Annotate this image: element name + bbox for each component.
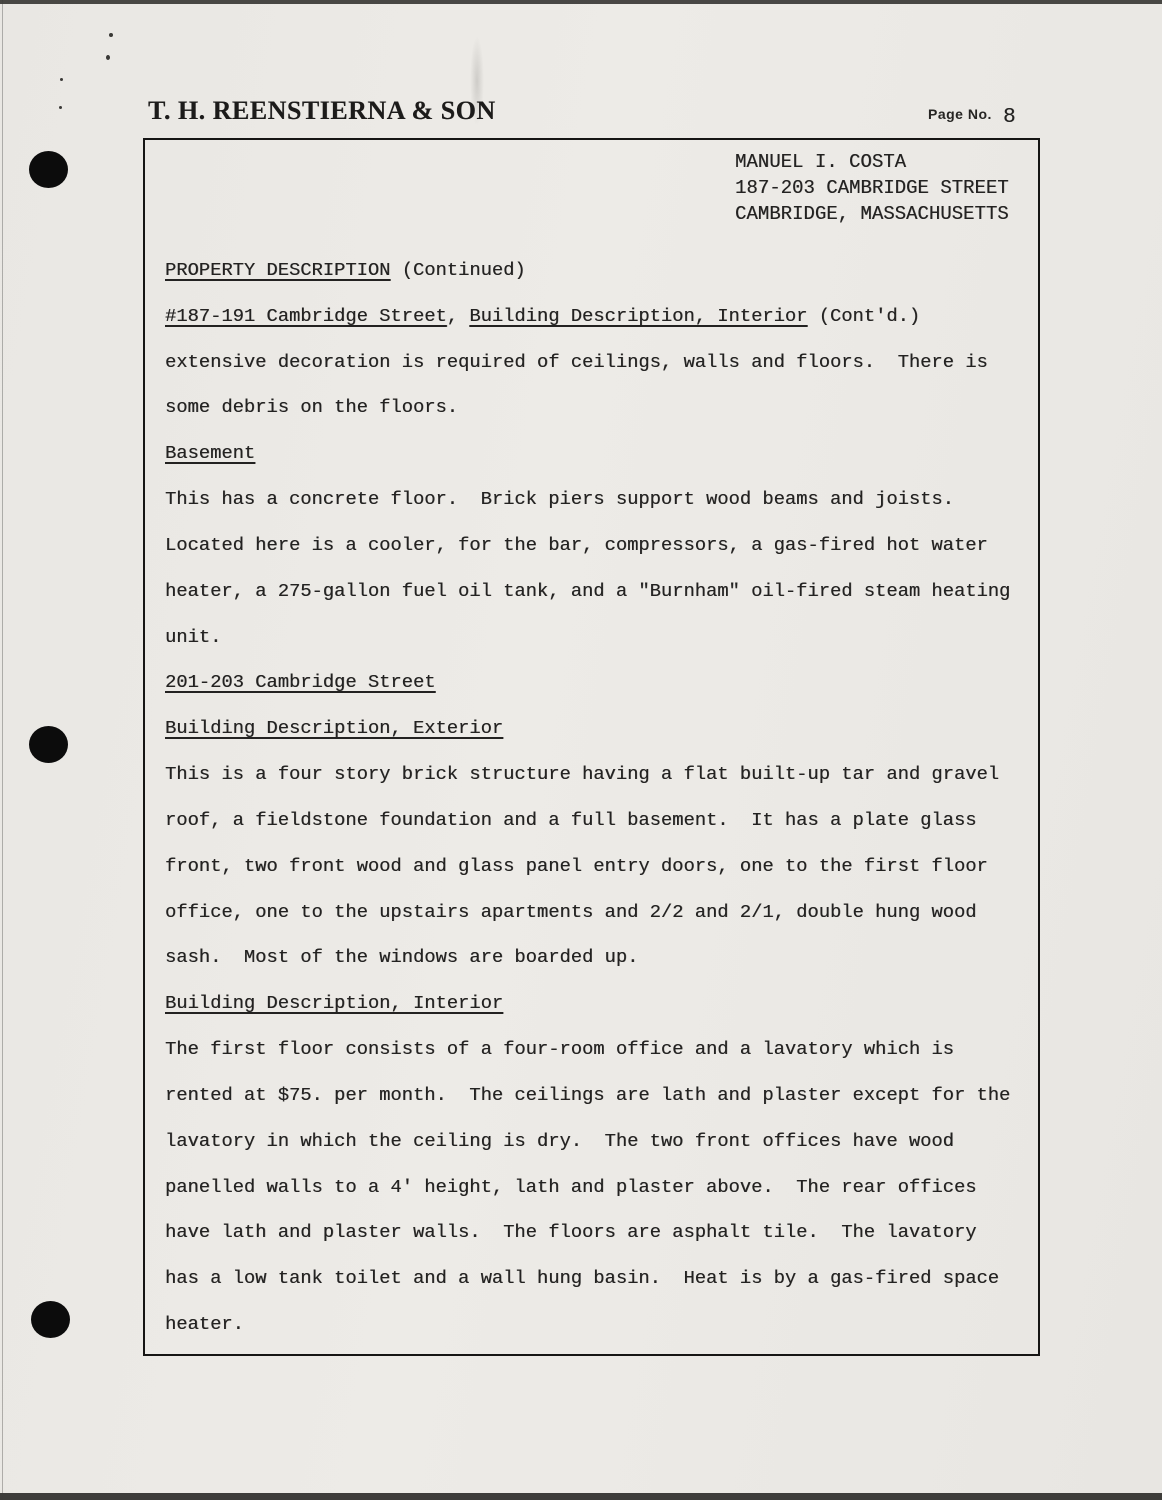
scan-edge-top bbox=[0, 0, 1162, 4]
underlined-text-segment: Building Description, Interior bbox=[165, 992, 503, 1014]
address-block: MANUEL I. COSTA 187-203 CAMBRIDGE STREET… bbox=[735, 149, 1009, 227]
text-line: This has a concrete floor. Brick piers s… bbox=[165, 477, 1010, 523]
scan-speck bbox=[59, 106, 62, 109]
text-line: rented at $75. per month. The ceilings a… bbox=[165, 1073, 1010, 1119]
address-line-street: 187-203 CAMBRIDGE STREET bbox=[735, 175, 1009, 201]
text-line: unit. bbox=[165, 615, 1010, 661]
text-segment: sash. Most of the windows are boarded up… bbox=[165, 946, 638, 968]
punch-hole bbox=[31, 1301, 70, 1338]
scan-speck bbox=[60, 78, 63, 81]
underlined-text-segment: #187-191 Cambridge Street bbox=[165, 305, 447, 327]
text-line: heater. bbox=[165, 1302, 1010, 1348]
text-segment: This has a concrete floor. Brick piers s… bbox=[165, 488, 954, 510]
underlined-text-segment: Building Description, Interior bbox=[469, 305, 807, 327]
scan-speck bbox=[106, 55, 110, 60]
text-line: Building Description, Interior bbox=[165, 981, 1010, 1027]
text-line: This is a four story brick structure hav… bbox=[165, 752, 1010, 798]
text-line: Located here is a cooler, for the bar, c… bbox=[165, 523, 1010, 569]
punch-hole bbox=[29, 726, 68, 763]
text-line: extensive decoration is required of ceil… bbox=[165, 340, 1010, 386]
text-segment: panelled walls to a 4' height, lath and … bbox=[165, 1176, 976, 1198]
text-line: sash. Most of the windows are boarded up… bbox=[165, 935, 1010, 981]
document-body: PROPERTY DESCRIPTION (Continued)#187-191… bbox=[165, 248, 1010, 1348]
punch-hole bbox=[29, 151, 68, 188]
underlined-text-segment: PROPERTY DESCRIPTION bbox=[165, 259, 390, 281]
underlined-text-segment: Basement bbox=[165, 442, 255, 464]
text-segment: (Continued) bbox=[390, 259, 525, 281]
text-line: office, one to the upstairs apartments a… bbox=[165, 890, 1010, 936]
text-line: 201-203 Cambridge Street bbox=[165, 660, 1010, 706]
text-segment: rented at $75. per month. The ceilings a… bbox=[165, 1084, 1010, 1106]
text-segment: has a low tank toilet and a wall hung ba… bbox=[165, 1267, 999, 1289]
text-line: heater, a 275-gallon fuel oil tank, and … bbox=[165, 569, 1010, 615]
text-line: has a low tank toilet and a wall hung ba… bbox=[165, 1256, 1010, 1302]
text-line: Basement bbox=[165, 431, 1010, 477]
text-segment: extensive decoration is required of ceil… bbox=[165, 351, 988, 373]
text-segment: heater. bbox=[165, 1313, 244, 1335]
text-segment: The first floor consists of a four-room … bbox=[165, 1038, 954, 1060]
text-segment: , bbox=[447, 305, 470, 327]
scan-artifact-line bbox=[2, 0, 3, 1500]
text-segment: This is a four story brick structure hav… bbox=[165, 763, 999, 785]
text-line: lavatory in which the ceiling is dry. Th… bbox=[165, 1119, 1010, 1165]
text-segment: (Cont'd.) bbox=[807, 305, 920, 327]
scan-edge-bottom bbox=[0, 1493, 1162, 1500]
text-line: some debris on the floors. bbox=[165, 385, 1010, 431]
text-line: have lath and plaster walls. The floors … bbox=[165, 1210, 1010, 1256]
text-segment: heater, a 275-gallon fuel oil tank, and … bbox=[165, 580, 1010, 602]
underlined-text-segment: Building Description, Exterior bbox=[165, 717, 503, 739]
scan-speck bbox=[109, 33, 113, 37]
underlined-text-segment: 201-203 Cambridge Street bbox=[165, 671, 436, 693]
text-line: front, two front wood and glass panel en… bbox=[165, 844, 1010, 890]
text-line: panelled walls to a 4' height, lath and … bbox=[165, 1165, 1010, 1211]
text-segment: unit. bbox=[165, 626, 221, 648]
address-line-city: CAMBRIDGE, MASSACHUSETTS bbox=[735, 201, 1009, 227]
text-segment: office, one to the upstairs apartments a… bbox=[165, 901, 976, 923]
text-line: #187-191 Cambridge Street, Building Desc… bbox=[165, 294, 1010, 340]
page-number-value: 8 bbox=[1003, 106, 1016, 129]
page-number-label: Page No. bbox=[928, 106, 992, 122]
text-segment: lavatory in which the ceiling is dry. Th… bbox=[165, 1130, 954, 1152]
text-line: The first floor consists of a four-room … bbox=[165, 1027, 1010, 1073]
text-line: PROPERTY DESCRIPTION (Continued) bbox=[165, 248, 1010, 294]
company-name: T. H. REENSTIERNA & SON bbox=[148, 96, 496, 126]
text-segment: front, two front wood and glass panel en… bbox=[165, 855, 988, 877]
text-line: Building Description, Exterior bbox=[165, 706, 1010, 752]
text-line: roof, a fieldstone foundation and a full… bbox=[165, 798, 1010, 844]
address-line-owner: MANUEL I. COSTA bbox=[735, 149, 1009, 175]
text-segment: some debris on the floors. bbox=[165, 396, 458, 418]
text-segment: Located here is a cooler, for the bar, c… bbox=[165, 534, 988, 556]
text-segment: have lath and plaster walls. The floors … bbox=[165, 1221, 976, 1243]
scanned-page: T. H. REENSTIERNA & SON Page No. 8 MANUE… bbox=[0, 0, 1162, 1500]
document-frame: MANUEL I. COSTA 187-203 CAMBRIDGE STREET… bbox=[143, 138, 1040, 1356]
text-segment: roof, a fieldstone foundation and a full… bbox=[165, 809, 976, 831]
